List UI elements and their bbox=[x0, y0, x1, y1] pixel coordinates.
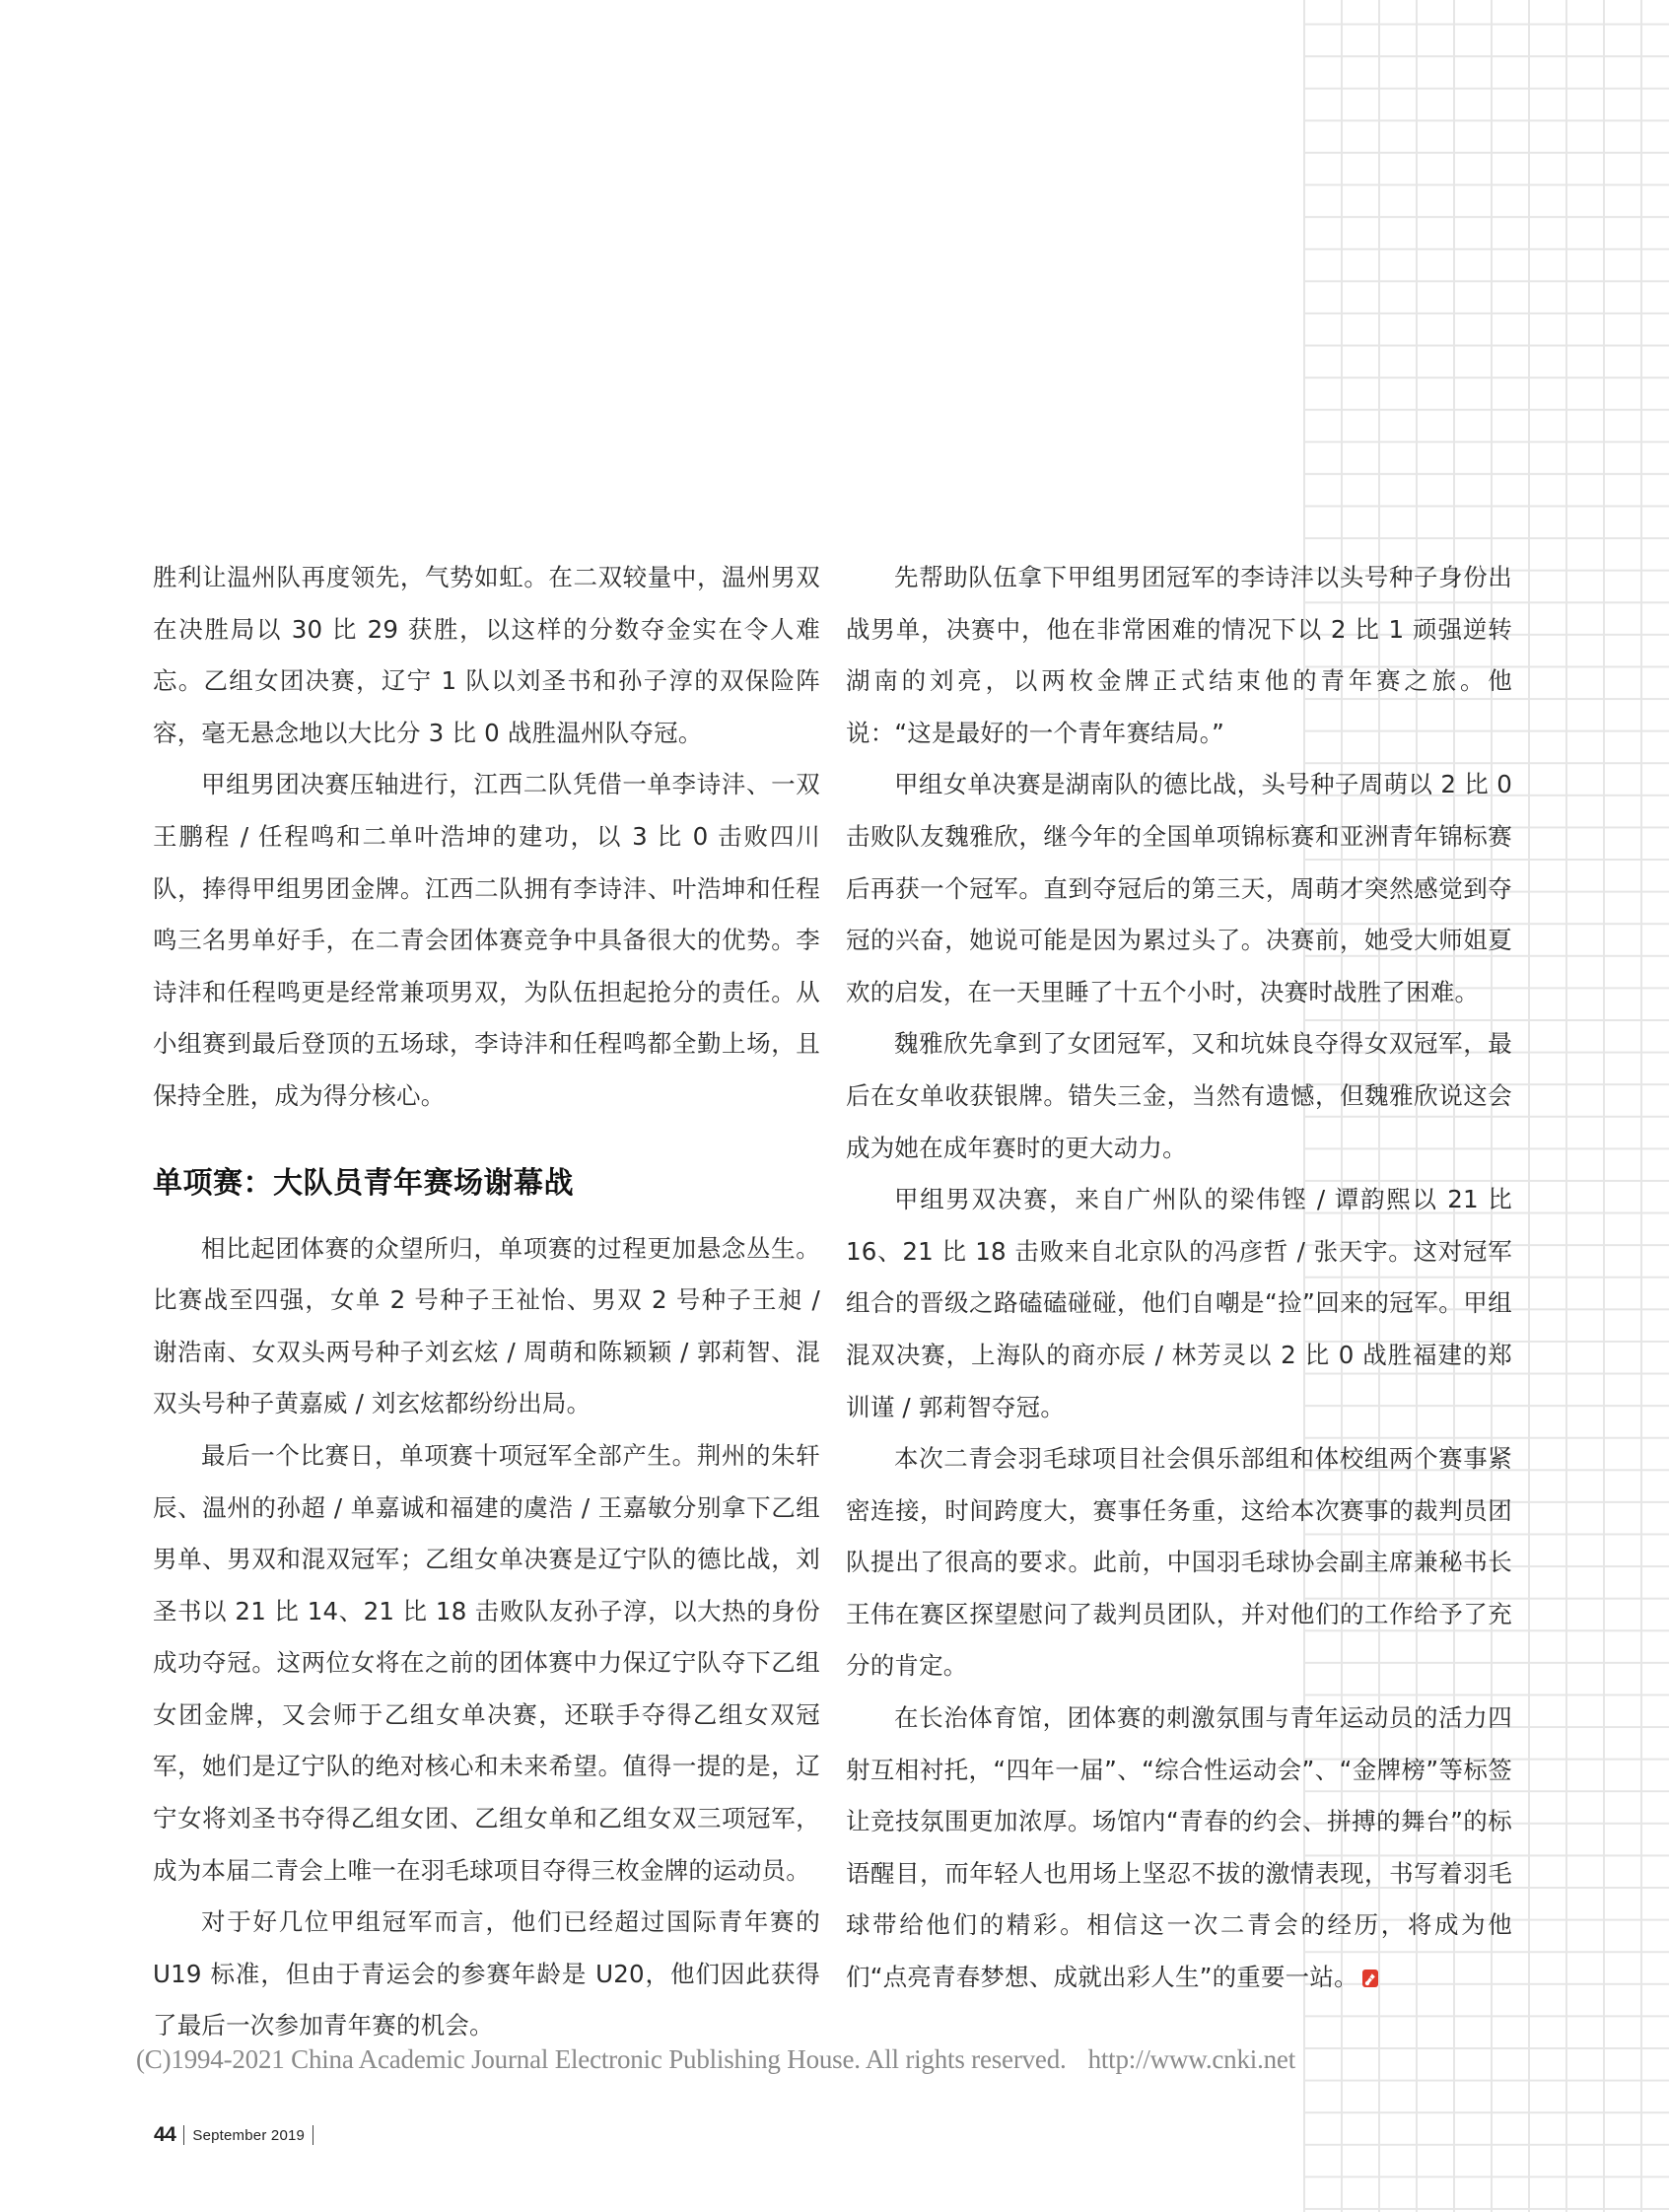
paragraph: 甲组男团决赛压轴进行，江西二队凭借一单李诗沣、一双王鹏程 / 任程鸣和二单叶浩坤… bbox=[153, 759, 820, 1122]
paragraph: 魏雅欣先拿到了女团冠军，又和坑妹良夺得女双冠军，最后在女单收获银牌。错失三金，当… bbox=[846, 1018, 1512, 1174]
page-footer: 44 September 2019 bbox=[154, 2123, 313, 2147]
paragraph-text: 在长治体育馆，团体赛的刺激氛围与青年运动员的活力四射互相衬托，“四年一届”、“综… bbox=[846, 1703, 1512, 1991]
paragraph: 本次二青会羽毛球项目社会俱乐部组和体校组两个赛事紧密连接，时间跨度大，赛事任务重… bbox=[846, 1433, 1512, 1693]
page-number: 44 bbox=[154, 2123, 175, 2147]
copyright-text: (C)1994-2021 China Academic Journal Elec… bbox=[136, 2044, 1067, 2074]
shuttlecock-icon bbox=[1362, 1970, 1378, 1987]
right-column: 先帮助队伍拿下甲组男团冠军的李诗沣以头号种子身份出战男单，决赛中，他在非常困难的… bbox=[846, 552, 1512, 2004]
paragraph: 最后一个比赛日，单项赛十项冠军全部产生。荆州的朱轩辰、温州的孙超 / 单嘉诚和福… bbox=[153, 1430, 820, 1897]
paragraph: 先帮助队伍拿下甲组男团冠军的李诗沣以头号种子身份出战男单，决赛中，他在非常困难的… bbox=[846, 552, 1512, 759]
cnki-url: http://www.cnki.net bbox=[1088, 2044, 1295, 2074]
issue-date: September 2019 bbox=[192, 2127, 305, 2144]
paragraph-last: 在长治体育馆，团体赛的刺激氛围与青年运动员的活力四射互相衬托，“四年一届”、“综… bbox=[846, 1693, 1512, 2004]
section-heading: 单项赛：大队员青年赛场谢幕战 bbox=[153, 1164, 820, 1204]
paragraph: 对于好几位甲组冠军而言，他们已经超过国际青年赛的 U19 标准，但由于青运会的参… bbox=[153, 1897, 820, 2052]
footer-divider bbox=[313, 2125, 313, 2145]
left-column: 胜利让温州队再度领先，气势如虹。在二双较量中，温州男双在决胜局以 30 比 29… bbox=[153, 552, 820, 2052]
paragraph: 甲组女单决赛是湖南队的德比战，头号种子周萌以 2 比 0 击败队友魏雅欣，继今年… bbox=[846, 759, 1512, 1018]
paragraph: 胜利让温州队再度领先，气势如虹。在二双较量中，温州男双在决胜局以 30 比 29… bbox=[153, 552, 820, 759]
paragraph: 相比起团体赛的众望所归，单项赛的过程更加悬念丛生。比赛战至四强，女单 2 号种子… bbox=[153, 1223, 820, 1430]
paragraph: 甲组男双决赛，来自广州队的梁伟铿 / 谭韵熙以 21 比 16、21 比 18 … bbox=[846, 1174, 1512, 1433]
footer-divider bbox=[183, 2125, 184, 2145]
copyright-notice: (C)1994-2021 China Academic Journal Elec… bbox=[136, 2044, 1295, 2075]
